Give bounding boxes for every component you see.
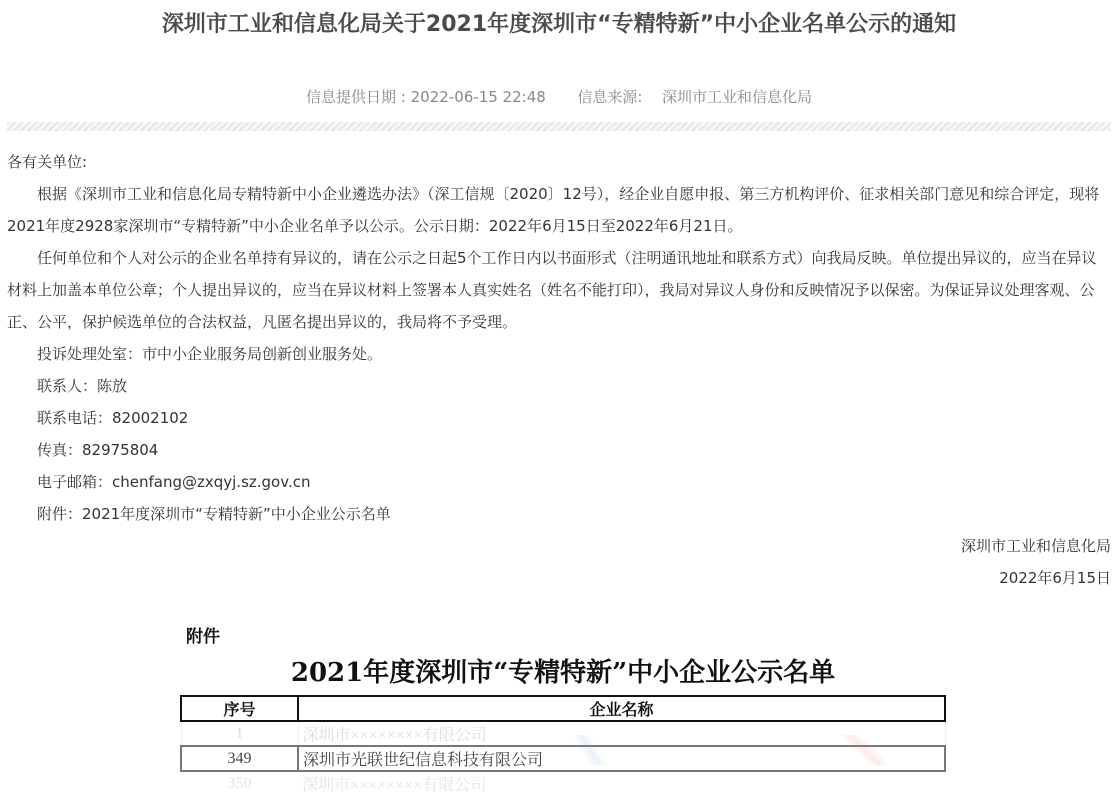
paragraph: 任何单位和个人对公示的企业名单持有异议的，请在公示之日起5个工作日内以书面形式（… — [7, 242, 1111, 338]
table-header-row: 序号 企业名称 — [181, 696, 945, 721]
page-title: 深圳市工业和信息化局关于2021年度深圳市“专精特新”中小企业名单公示的通知 — [0, 7, 1118, 38]
attachment-title: 2021年度深圳市“专精特新”中小企业公示名单 — [180, 652, 946, 689]
publish-date: 信息提供日期 : 2022-06-15 22:48 — [306, 86, 546, 107]
salutation: 各有关单位: — [7, 146, 1111, 178]
table-row: 350 深圳市××××××××有限公司 — [181, 771, 945, 793]
divider — [7, 122, 1111, 131]
signature-date: 2022年6月15日 — [7, 562, 1111, 594]
col-header-number: 序号 — [181, 696, 298, 721]
source-label: 信息来源: — [577, 86, 642, 107]
contact-fax: 传真：82975804 — [7, 434, 1111, 466]
contact-email: 电子邮箱：chenfang@zxqyj.sz.gov.cn — [7, 466, 1111, 498]
col-header-company: 企业名称 — [298, 696, 945, 721]
row-number: 349 — [181, 746, 298, 771]
signature-org: 深圳市工业和信息化局 — [7, 530, 1111, 562]
contact-person: 联系人：陈放 — [7, 370, 1111, 402]
article-meta: 信息提供日期 : 2022-06-15 22:48 信息来源: 深圳市工业和信息… — [0, 86, 1118, 107]
watermark-graphic — [550, 735, 630, 765]
article-body: 各有关单位: 根据《深圳市工业和信息化局专精特新中小企业遴选办法》（深工信规〔2… — [7, 146, 1111, 594]
source-value: 深圳市工业和信息化局 — [662, 86, 812, 107]
paragraph: 根据《深圳市工业和信息化局专精特新中小企业遴选办法》（深工信规〔2020〕12号… — [7, 178, 1111, 242]
row-company: 深圳市××××××××有限公司 — [298, 771, 945, 793]
row-number: 1 — [181, 721, 298, 746]
contact-phone: 联系电话：82002102 — [7, 402, 1111, 434]
row-number: 350 — [181, 771, 298, 793]
watermark-graphic — [820, 735, 910, 765]
attachment-link[interactable]: 附件：2021年度深圳市“专精特新”中小企业公示名单 — [7, 498, 1111, 530]
complaint-office: 投诉处理处室：市中小企业服务局创新创业服务处。 — [7, 338, 1111, 370]
attachment-label: 附件 — [186, 622, 220, 647]
